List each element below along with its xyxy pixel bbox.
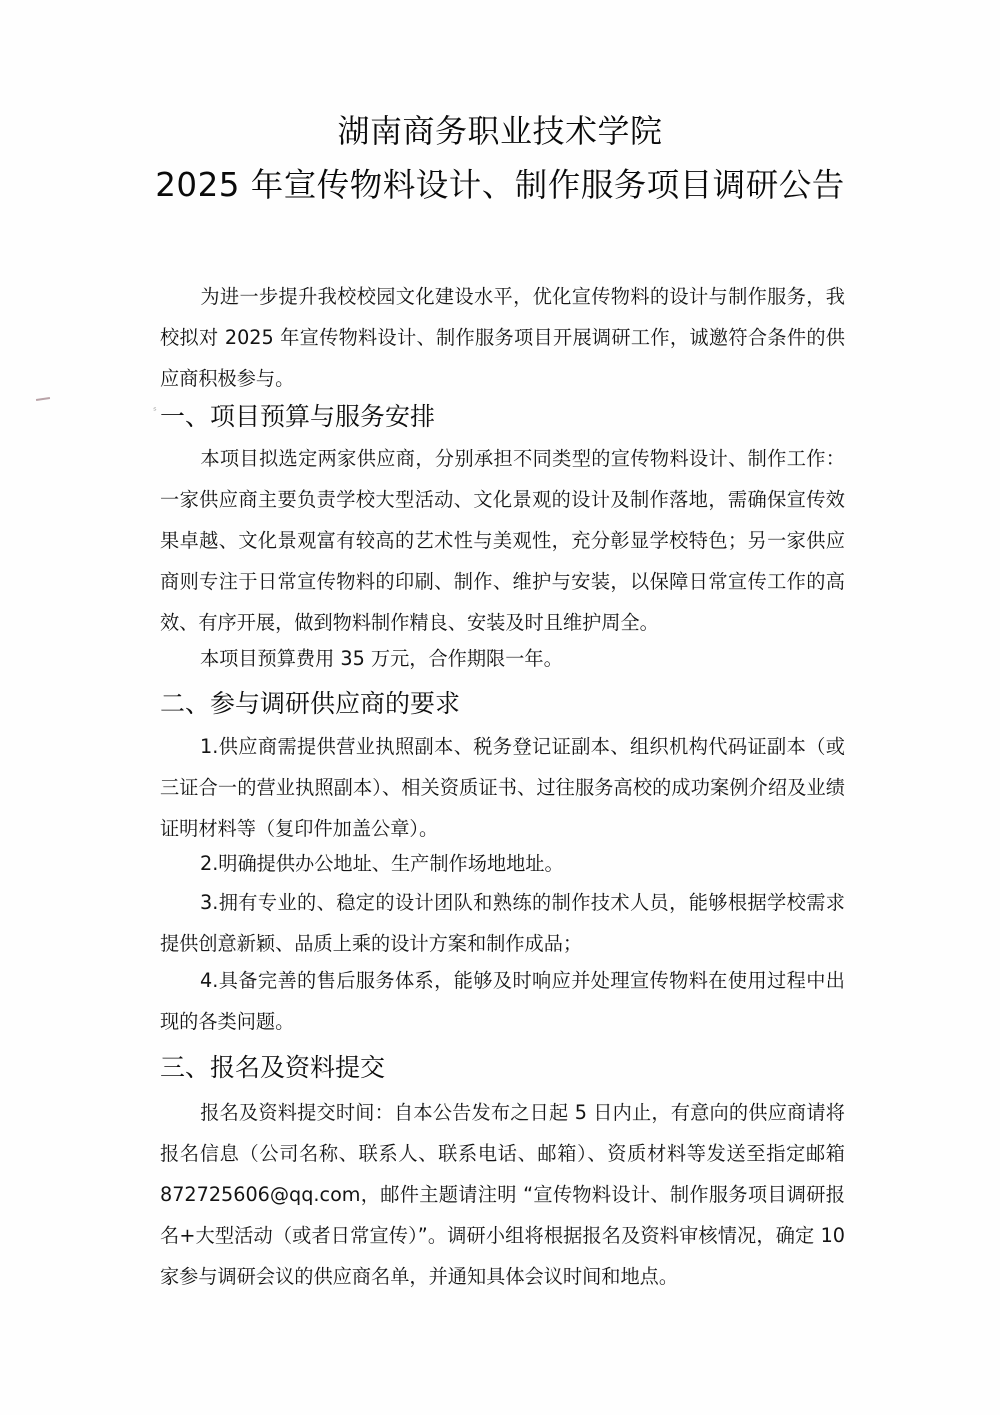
section1-paragraph-1: 本项目拟选定两家供应商，分别承担不同类型的宣传物料设计、制作工作：一家供应商主要… [160,438,845,643]
scan-artifact-mark: ˢ [153,406,157,417]
document-page: ˢ 湖南商务职业技术学院 2025 年宣传物料设计、制作服务项目调研公告 为进一… [0,0,1000,1415]
requirement-text-4: 4.具备完善的售后服务体系，能够及时响应并处理宣传物料在使用过程中出现的各类问题… [160,969,845,1033]
intro-paragraph: 为进一步提升我校校园文化建设水平，优化宣传物料的设计与制作服务，我校拟对 202… [160,276,845,399]
requirement-text-2: 2.明确提供办公地址、生产制作场地地址。 [200,852,564,875]
requirement-item-3: 3.拥有专业的、稳定的设计团队和熟练的制作技术人员，能够根据学校需求提供创意新颖… [160,882,845,964]
section-heading-budget: 一、项目预算与服务安排 [160,397,435,433]
section-heading-requirements: 二、参与调研供应商的要求 [160,684,460,720]
document-title-announcement: 2025 年宣传物料设计、制作服务项目调研公告 [0,160,1000,206]
registration-text: 报名及资料提交时间：自本公告发布之日起 5 日内止，有意向的供应商请将报名信息（… [160,1101,845,1288]
section1-text-1: 本项目拟选定两家供应商，分别承担不同类型的宣传物料设计、制作工作：一家供应商主要… [160,447,845,634]
requirement-text-3: 3.拥有专业的、稳定的设计团队和熟练的制作技术人员，能够根据学校需求提供创意新颖… [160,891,845,955]
requirement-item-2: 2.明确提供办公地址、生产制作场地地址。 [160,843,845,884]
scan-artifact-mark [36,397,50,401]
document-title-institution: 湖南商务职业技术学院 [0,106,1000,152]
section-heading-registration: 三、报名及资料提交 [160,1048,385,1084]
requirement-text-1: 1.供应商需提供营业执照副本、税务登记证副本、组织机构代码证副本（或三证合一的营… [160,735,845,840]
registration-paragraph: 报名及资料提交时间：自本公告发布之日起 5 日内止，有意向的供应商请将报名信息（… [160,1092,845,1297]
requirement-item-4: 4.具备完善的售后服务体系，能够及时响应并处理宣传物料在使用过程中出现的各类问题… [160,960,845,1042]
section1-text-budget: 本项目预算费用 35 万元，合作期限一年。 [200,647,563,670]
requirement-item-1: 1.供应商需提供营业执照副本、税务登记证副本、组织机构代码证副本（或三证合一的营… [160,726,845,849]
section1-paragraph-budget: 本项目预算费用 35 万元，合作期限一年。 [160,638,845,679]
intro-text: 为进一步提升我校校园文化建设水平，优化宣传物料的设计与制作服务，我校拟对 202… [160,285,845,390]
